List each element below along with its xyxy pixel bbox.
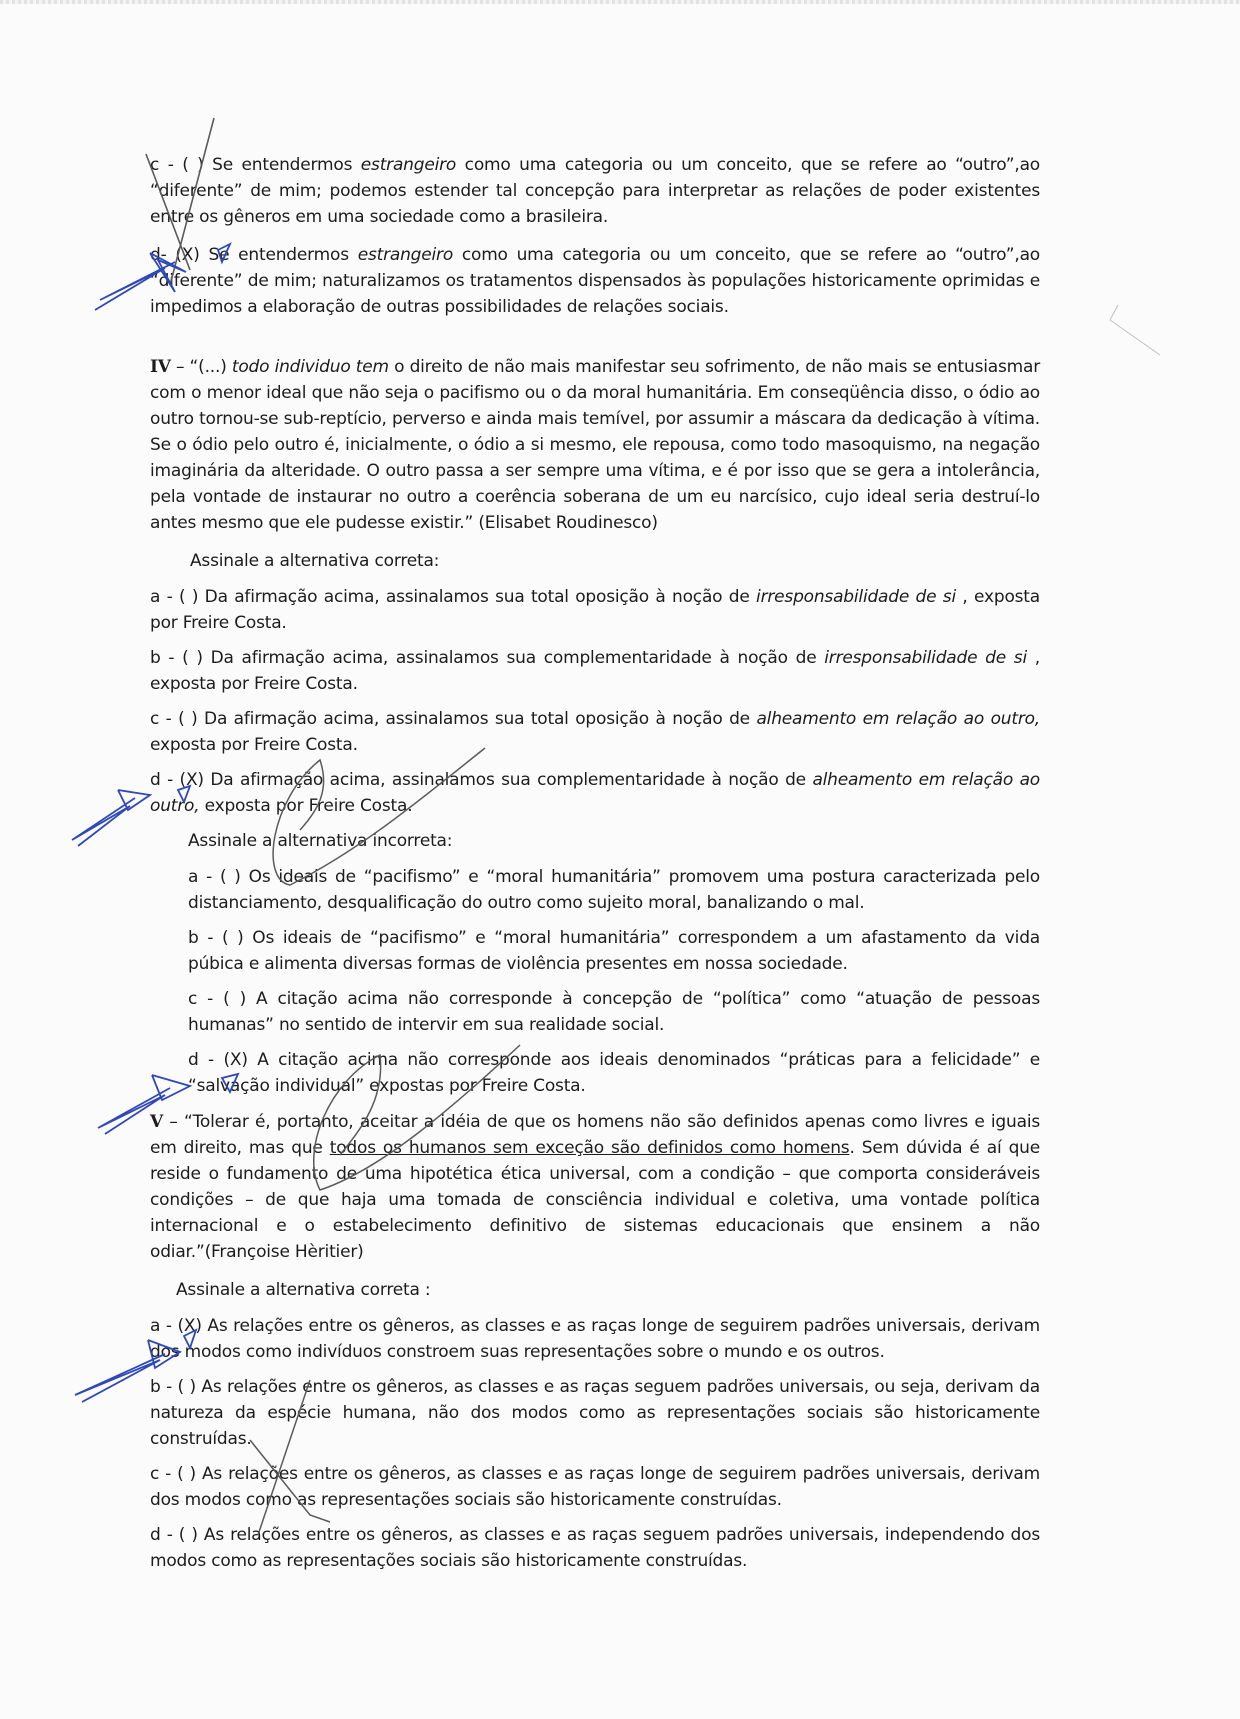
option-text: A citação acima não corresponde à concep… [188,989,1040,1035]
separator: - [160,1316,177,1336]
answer-box: ( ) [179,1525,198,1545]
separator: - [160,587,179,607]
quote-text: – “(...) [171,357,232,377]
answer-box: ( ) [182,648,203,668]
option-letter: d [188,1050,199,1070]
scan-edge-artifact [0,0,1240,4]
question-number: V [150,1112,163,1132]
answer-box-checked: (X) [177,1316,201,1336]
answer-box: ( ) [178,1377,196,1397]
option-IV1-b: b - ( ) Da afirmação acima, assinalamos … [150,645,1040,697]
question-IV2-options: a - ( ) Os ideais de “pacifismo” e “mora… [188,864,1040,1099]
option-III-d: d- (X) Se entendermos estrangeiro como u… [150,242,1040,320]
option-italic: estrangeiro [361,155,456,175]
option-italic: estrangeiro [358,245,453,265]
option-letter: b [188,928,199,948]
option-IV1-d: d - (X) Da afirmação acima, assinalamos … [150,767,1040,819]
option-text: Se entendermos [204,155,361,175]
option-letter: b [150,648,161,668]
separator: - [198,867,220,887]
option-letter: c [150,709,159,729]
option-letter: a [150,587,160,607]
answer-box: ( ) [223,989,246,1009]
option-letter: d [150,245,161,265]
separator: - [197,989,223,1009]
option-text: A citação acima não corresponde aos idea… [188,1050,1040,1096]
quote-author: (Elisabet Roudinesco) [478,513,657,533]
option-text: As relações entre os gêneros, as classes… [150,1316,1040,1362]
option-letter: c [150,1464,159,1484]
option-IV2-d: d - (X) A citação acima não corresponde … [188,1047,1040,1099]
option-text: Os ideais de “pacifismo” e “moral humani… [188,867,1040,913]
quote-italic: todo individuo tem [232,357,389,377]
option-letter: a [188,867,198,887]
option-letter: d [150,770,161,790]
option-italic: alheamento em relação ao outro, [756,709,1040,729]
separator: - [159,1464,177,1484]
separator: - [161,648,183,668]
exam-page: c - ( ) Se entendermos estrangeiro como … [150,150,1040,1583]
option-text: Os ideais de “pacifismo” e “moral humani… [188,928,1040,974]
separator: - [199,928,222,948]
option-text: As relações entre os gêneros, as classes… [150,1525,1040,1571]
answer-box: ( ) [220,867,241,887]
quote-underlined: todos os humanos sem exceção são definid… [330,1138,850,1158]
separator: - [159,155,182,175]
option-letter: b [150,1377,161,1397]
option-IV2-c: c - ( ) A citação acima não corresponde … [188,986,1040,1038]
question-prompt: Assinale a alternativa correta: [190,548,1040,574]
separator: - [199,1050,224,1070]
quote-author: (Françoise Hèritier) [205,1242,364,1262]
option-IV2-b: b - ( ) Os ideais de “pacifismo” e “mora… [188,925,1040,977]
option-italic: irresponsabilidade de si [824,648,1027,668]
option-text: As relações entre os gêneros, as classes… [150,1464,1040,1510]
answer-box-checked: (X) [175,245,199,265]
option-IV1-a: a - ( ) Da afirmação acima, assinalamos … [150,584,1040,636]
option-text: As relações entre os gêneros, as classes… [150,1377,1040,1449]
quote-text: o direito de não mais manifestar seu sof… [150,357,1040,533]
option-IV1-c: c - ( ) Da afirmação acima, assinalamos … [150,706,1040,758]
option-text: Da afirmação acima, assinalamos sua comp… [203,648,824,668]
answer-box-checked: (X) [180,770,204,790]
question-number: IV [150,357,171,377]
option-V-a: a - (X) As relações entre os gêneros, as… [150,1313,1040,1365]
question-prompt: Assinale a alternativa correta : [176,1277,1040,1303]
option-letter: c [188,989,197,1009]
option-text: exposta por Freire Costa. [199,796,412,816]
option-text: Da afirmação acima, assinalamos sua tota… [198,587,756,607]
option-III-c: c - ( ) Se entendermos estrangeiro como … [150,152,1040,230]
option-IV2-a: a - ( ) Os ideais de “pacifismo” e “mora… [188,864,1040,916]
separator: - [159,709,178,729]
separator: - [161,1525,179,1545]
question-IV-quote: IV – “(...) todo individuo tem o direito… [150,354,1040,536]
answer-box-checked: (X) [223,1050,247,1070]
option-V-c: c - ( ) As relações entre os gêneros, as… [150,1461,1040,1513]
option-text: Se entendermos [200,245,358,265]
separator: - [161,1377,178,1397]
option-italic: irresponsabilidade de si [756,587,956,607]
answer-box: ( ) [182,155,203,175]
option-letter: d [150,1525,161,1545]
option-text: Da afirmação acima, assinalamos sua comp… [204,770,813,790]
option-text: exposta por Freire Costa. [150,735,358,755]
faint-pencil-mark-icon [1110,305,1160,355]
answer-box: ( ) [222,928,244,948]
option-text: Da afirmação acima, assinalamos sua tota… [198,709,757,729]
question-prompt: Assinale a alternativa incorreta: [188,828,1040,854]
option-V-b: b - ( ) As relações entre os gêneros, as… [150,1374,1040,1452]
option-letter: a [150,1316,160,1336]
option-V-d: d - ( ) As relações entre os gêneros, as… [150,1522,1040,1574]
option-letter: c [150,155,159,175]
answer-box: ( ) [177,1464,196,1484]
question-V-quote: V – “Tolerar é, portanto, aceitar a idéi… [150,1109,1040,1265]
separator: - [161,770,180,790]
answer-box: ( ) [178,709,197,729]
answer-box: ( ) [179,587,198,607]
